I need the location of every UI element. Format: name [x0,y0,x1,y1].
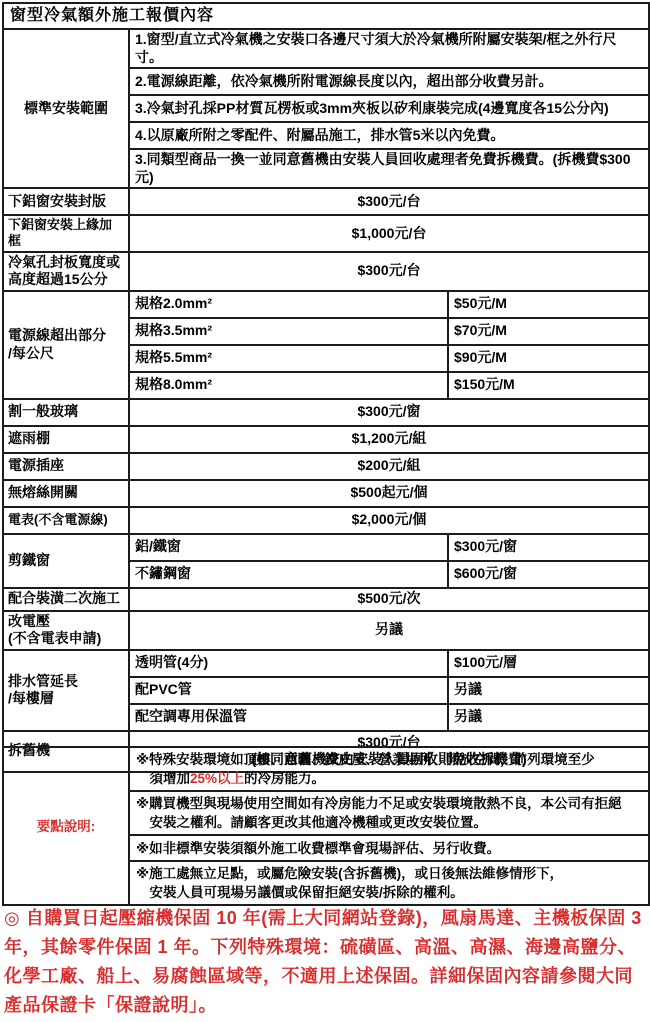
row-label: 冷氣孔封板寬度或高度超過15公分 [3,252,129,291]
row-price: $150元/M [448,372,649,399]
row-price: $300元/窗 [129,399,649,426]
row-label: 改電壓 (不含電表申請) [3,611,129,650]
note-text: 的冷房能力。 [244,771,325,786]
quote-document: 窗型冷氣額外施工報價內容 標準安裝範圍 1.窗型/直立式冷氣機之安裝口各邊尺寸須… [0,0,650,1022]
row-label: 割一般玻璃 [3,399,129,426]
row-label-iron-window: 剪鐵窗 [3,534,129,588]
row-label-standard-scope: 標準安裝範圍 [3,29,129,188]
row-spec: 透明管(4分) [129,650,448,677]
row-label: 電源插座 [3,453,129,480]
note-item: ※特殊安裝環境如頂樓、西曬、鐵皮屋、營業場所、開放空間，前列環境至少 須增加25… [129,747,649,791]
standard-scope-item: 4.以原廠所附之零配件、附屬品施工，排水管5米以內免費。 [129,122,649,149]
row-price: $90元/M [448,345,649,372]
standard-scope-item: 3.同類型商品一換一並同意舊機由安裝人員回收處理者免費拆機費。(拆機費$300元… [129,149,649,188]
standard-scope-item: 3.冷氣封孔採PP材質瓦楞板或3mm夾板以矽利康裝完成(4邊寬度各15公分內) [129,95,649,122]
row-price: $500起元/個 [129,480,649,507]
row-price: 另議 [129,611,649,650]
row-spec: 配PVC管 [129,677,448,704]
row-label: 電表(不含電源線) [3,507,129,534]
row-spec: 規格8.0mm² [129,372,448,399]
row-price: $600元/窗 [448,561,649,588]
standard-scope-item: 2.電源線距離，依冷氣機所附電源線長度以內，超出部分收費另計。 [129,68,649,95]
row-label-power-cord: 電源線超出部分 /每公尺 [3,291,129,399]
row-label: 下鋁窗安裝上緣加框 [3,215,129,252]
row-price: $300元/窗 [448,534,649,561]
row-price: $100元/層 [448,650,649,677]
row-label: 配合裝潢二次施工 [3,588,129,611]
row-spec: 鋁/鐵窗 [129,534,448,561]
note-highlight: 25%以上 [190,771,244,786]
notes-label: 要點說明: [3,747,129,905]
notes-table: 要點說明: ※特殊安裝環境如頂樓、西曬、鐵皮屋、營業場所、開放空間，前列環境至少… [2,746,650,906]
page-title: 窗型冷氣額外施工報價內容 [3,3,649,29]
row-price: 另議 [448,677,649,704]
row-spec: 規格3.5mm² [129,318,448,345]
warranty-note: ◎ 自購買日起壓縮機保固 10 年(需上大同網站登錄)，風扇馬達、主機板保固 3… [4,904,647,1020]
note-item: ※施工處無立足點，或屬危險安裝(含拆舊機)，或日後無法維修情形下， 安裝人員可現… [129,861,649,905]
row-price: 另議 [448,704,649,731]
row-spec: 不鏽鋼窗 [129,561,448,588]
row-label-drain-pipe: 排水管延長 /每樓層 [3,650,129,731]
row-price: $1,200元/組 [129,426,649,453]
row-label: 遮雨棚 [3,426,129,453]
row-price: $2,000元/個 [129,507,649,534]
row-spec: 配空調專用保溫管 [129,704,448,731]
row-price: $50元/M [448,291,649,318]
standard-scope-item: 1.窗型/直立式冷氣機之安裝口各邊尺寸須大於冷氣機所附屬安裝架/框之外行尺寸。 [129,29,649,68]
row-price: $70元/M [448,318,649,345]
row-spec: 規格2.0mm² [129,291,448,318]
pricing-table: 窗型冷氣額外施工報價內容 標準安裝範圍 1.窗型/直立式冷氣機之安裝口各邊尺寸須… [2,2,650,773]
row-price: $200元/組 [129,453,649,480]
row-price: $300元/台 [129,252,649,291]
row-price: $1,000元/台 [129,215,649,252]
row-spec: 規格5.5mm² [129,345,448,372]
row-price: $500元/次 [129,588,649,611]
note-item: ※如非標準安裝須額外施工收費標準會現場評估、另行收費。 [129,835,649,861]
note-item: ※購買機型與現場使用空間如有冷房能力不足或安裝環境散熱不良，本公司有拒絕 安裝之… [129,791,649,835]
row-price: $300元/台 [129,188,649,215]
row-label: 下鋁窗安裝封版 [3,188,129,215]
row-label: 無熔絲開關 [3,480,129,507]
